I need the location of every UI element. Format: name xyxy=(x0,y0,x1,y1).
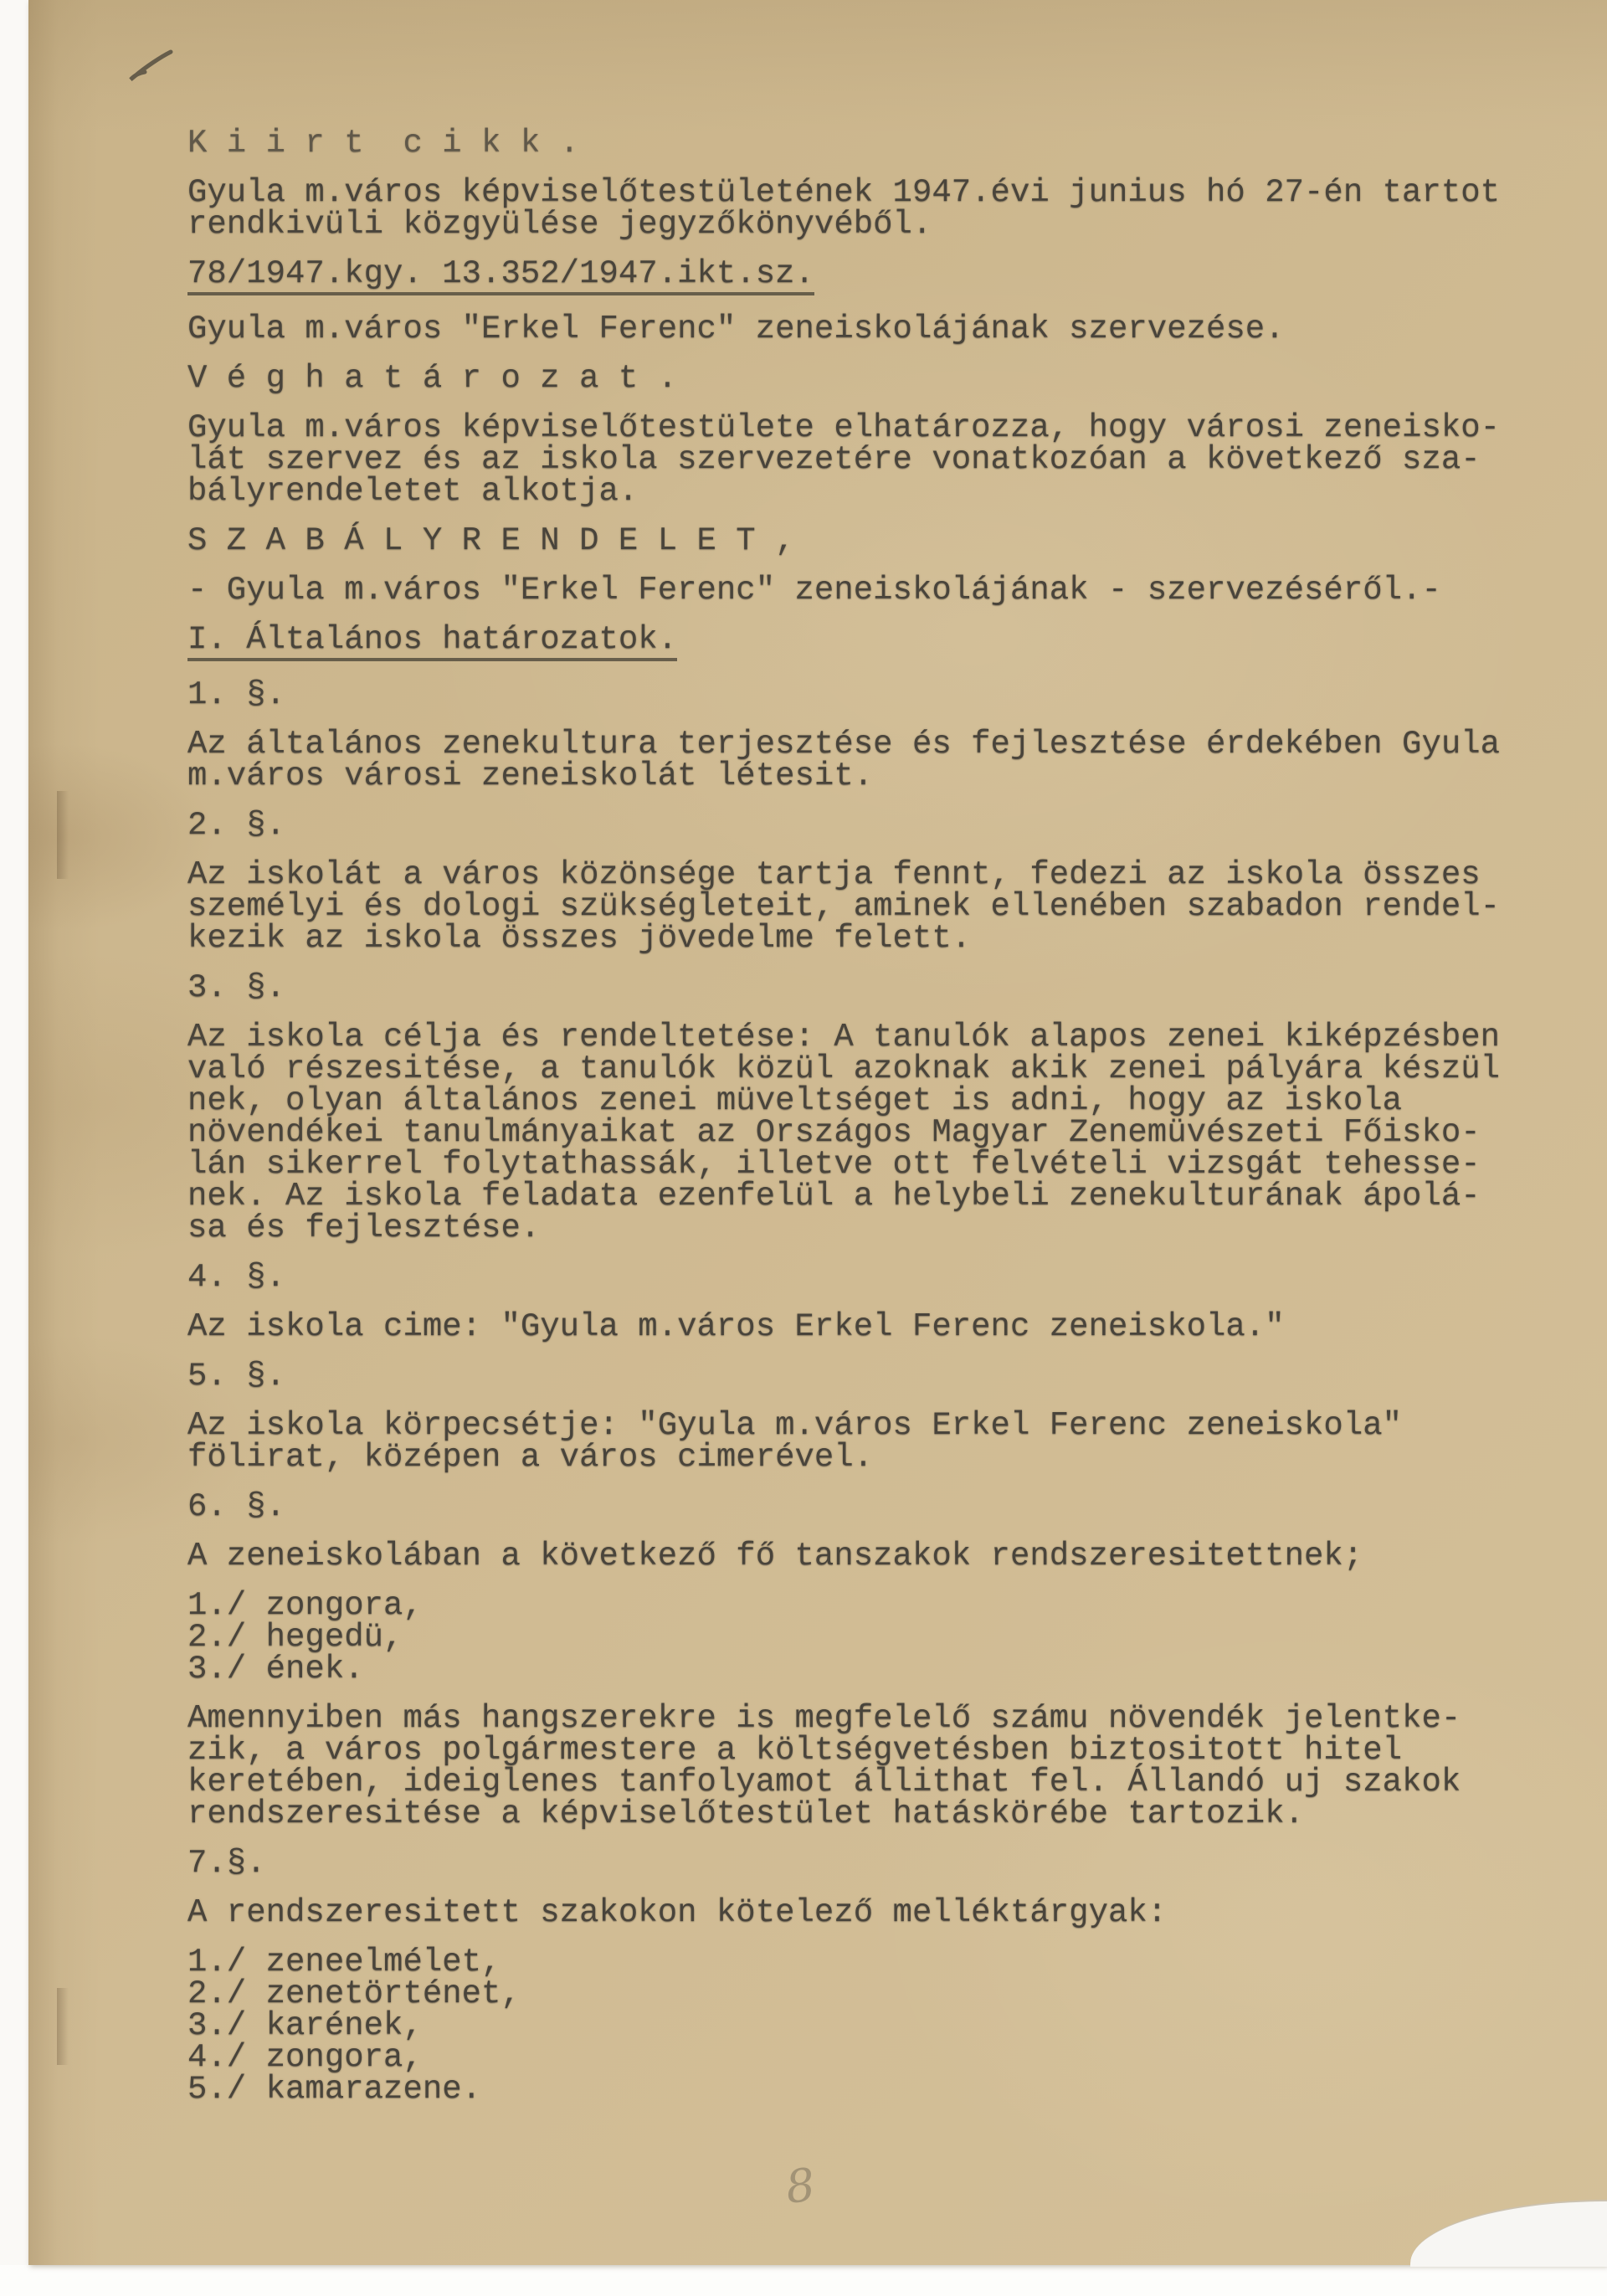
typed-line: zik, a város polgármestere a költségveté… xyxy=(187,1734,1585,1766)
typed-line: kezik az iskola összes jövedelme felett. xyxy=(187,922,1585,954)
typed-line: keretében, ideiglenes tanfolyamot állith… xyxy=(187,1766,1585,1798)
list-main-subjects: 1./ zongora, 2./ hegedü, 3./ ének. xyxy=(187,1590,1585,1685)
paper-crease xyxy=(57,1988,69,2065)
paragraph-subject: Gyula m.város "Erkel Ferenc" zeneiskoláj… xyxy=(187,313,1585,345)
list-auxiliary-subjects: 1./ zeneelmélet, 2./ zenetörténet, 3./ k… xyxy=(187,1946,1585,2105)
heading-veghatarozat: V é g h a t á r o z a t . xyxy=(187,362,1585,394)
paragraph-section-5: Az iskola körpecsétje: "Gyula m.város Er… xyxy=(187,1410,1585,1473)
typed-line: m.város városi zeneiskolát létesit. xyxy=(187,760,1585,792)
pen-mark-icon xyxy=(127,49,174,84)
typed-line: bályrendeletet alkotja. xyxy=(187,475,1585,507)
typed-line: V é g h a t á r o z a t . xyxy=(187,362,1585,394)
typed-line: 1. §. xyxy=(187,679,1585,711)
document-paper: K i i r t c i k k . Gyula m.város képvis… xyxy=(28,0,1607,2265)
list-item: 4./ zongora, xyxy=(187,2042,1585,2073)
typed-line: 6. §. xyxy=(187,1491,1585,1523)
paragraph-other-instruments: Amennyiben más hangszerekre is megfelelő… xyxy=(187,1703,1585,1830)
typed-line: való részesitése, a tanulók közül azokna… xyxy=(187,1053,1585,1085)
typed-line: Az iskola körpecsétje: "Gyula m.város Er… xyxy=(187,1410,1585,1441)
typed-line: sa és fejlesztése. xyxy=(187,1212,1585,1244)
typed-line: rendszeresitése a képviselőtestület hatá… xyxy=(187,1798,1585,1830)
typed-line: A zeneiskolában a következő fő tanszakok… xyxy=(187,1540,1585,1572)
heading-szabalyrendelet: S Z A B Á L Y R E N D E L E T , xyxy=(187,525,1585,557)
typed-line: nek, olyan általános zenei müveltséget i… xyxy=(187,1085,1585,1117)
paragraph-section-3: Az iskola célja és rendeltetése: A tanul… xyxy=(187,1021,1585,1244)
typed-line: A rendszeresitett szakokon kötelező mell… xyxy=(187,1897,1585,1929)
typed-line: 3. §. xyxy=(187,972,1585,1004)
section-heading-I: I. Általános határozatok. xyxy=(187,624,1585,661)
scan-left-margin xyxy=(0,0,28,2296)
typed-line: 4. §. xyxy=(187,1261,1585,1293)
page-number: 8 xyxy=(783,2158,818,2214)
typed-line: Gyula m.város képviselőtestületének 1947… xyxy=(187,177,1585,208)
section-number-6: 6. §. xyxy=(187,1491,1585,1523)
paragraph-decision: Gyula m.város képviselőtestülete elhatár… xyxy=(187,412,1585,507)
list-item: 5./ kamarazene. xyxy=(187,2073,1585,2105)
typed-line: lán sikerrel folytathassák, illetve ott … xyxy=(187,1148,1585,1180)
paragraph-intro: Gyula m.város képviselőtestületének 1947… xyxy=(187,177,1585,240)
paragraph-section-7: A rendszeresitett szakokon kötelező mell… xyxy=(187,1897,1585,1929)
paragraph-subtitle: - Gyula m.város "Erkel Ferenc" zeneiskol… xyxy=(187,574,1585,606)
document-title: K i i r t c i k k . xyxy=(187,127,1585,159)
list-item: 3./ ének. xyxy=(187,1653,1585,1685)
typed-line: 78/1947.kgy. 13.352/1947.ikt.sz. xyxy=(187,258,814,295)
scan-bottom-margin xyxy=(0,2265,1607,2296)
list-item: 1./ zeneelmélet, xyxy=(187,1946,1585,1978)
paragraph-section-1: Az általános zenekultura terjesztése és … xyxy=(187,728,1585,792)
section-number-7: 7.§. xyxy=(187,1847,1585,1879)
typed-line: Az iskola cime: "Gyula m.város Erkel Fer… xyxy=(187,1311,1585,1343)
reference-number: 78/1947.kgy. 13.352/1947.ikt.sz. xyxy=(187,258,1585,295)
section-number-1: 1. §. xyxy=(187,679,1585,711)
typed-line: Gyula m.város "Erkel Ferenc" zeneiskoláj… xyxy=(187,313,1585,345)
typed-line: S Z A B Á L Y R E N D E L E T , xyxy=(187,525,1585,557)
typed-line: Amennyiben más hangszerekre is megfelelő… xyxy=(187,1703,1585,1734)
typed-line: nek. Az iskola feladata ezenfelül a hely… xyxy=(187,1180,1585,1212)
typed-line: személyi és dologi szükségleteit, aminek… xyxy=(187,891,1585,922)
section-number-5: 5. §. xyxy=(187,1360,1585,1392)
typed-line: 7.§. xyxy=(187,1847,1585,1879)
scan-background: K i i r t c i k k . Gyula m.város képvis… xyxy=(0,0,1607,2296)
typed-line: - Gyula m.város "Erkel Ferenc" zeneiskol… xyxy=(187,574,1585,606)
section-number-3: 3. §. xyxy=(187,972,1585,1004)
paper-crease xyxy=(57,791,69,879)
typed-line: 2. §. xyxy=(187,809,1585,841)
typed-line: Az iskolát a város közönsége tartja fenn… xyxy=(187,859,1585,891)
typed-line: 5. §. xyxy=(187,1360,1585,1392)
list-item: 3./ karének, xyxy=(187,2010,1585,2042)
list-item: 2./ hegedü, xyxy=(187,1621,1585,1653)
typed-text: K i i r t c i k k . Gyula m.város képvis… xyxy=(187,127,1585,2123)
corner-curl xyxy=(1410,2200,1607,2267)
section-number-4: 4. §. xyxy=(187,1261,1585,1293)
paragraph-section-4: Az iskola cime: "Gyula m.város Erkel Fer… xyxy=(187,1311,1585,1343)
paragraph-section-2: Az iskolát a város közönsége tartja fenn… xyxy=(187,859,1585,954)
typed-line: fölirat, középen a város cimerével. xyxy=(187,1441,1585,1473)
typed-line: I. Általános határozatok. xyxy=(187,624,677,661)
typed-line: lát szervez és az iskola szervezetére vo… xyxy=(187,444,1585,475)
typed-line: K i i r t c i k k . xyxy=(187,127,1585,159)
typed-line: Az általános zenekultura terjesztése és … xyxy=(187,728,1585,760)
typed-line: rendkivüli közgyülése jegyzőkönyvéből. xyxy=(187,208,1585,240)
section-number-2: 2. §. xyxy=(187,809,1585,841)
typed-line: Az iskola célja és rendeltetése: A tanul… xyxy=(187,1021,1585,1053)
paragraph-section-6: A zeneiskolában a következő fő tanszakok… xyxy=(187,1540,1585,1572)
typed-line: Gyula m.város képviselőtestülete elhatár… xyxy=(187,412,1585,444)
typed-line: növendékei tanulmányaikat az Országos Ma… xyxy=(187,1117,1585,1148)
list-item: 1./ zongora, xyxy=(187,1590,1585,1621)
list-item: 2./ zenetörténet, xyxy=(187,1978,1585,2010)
